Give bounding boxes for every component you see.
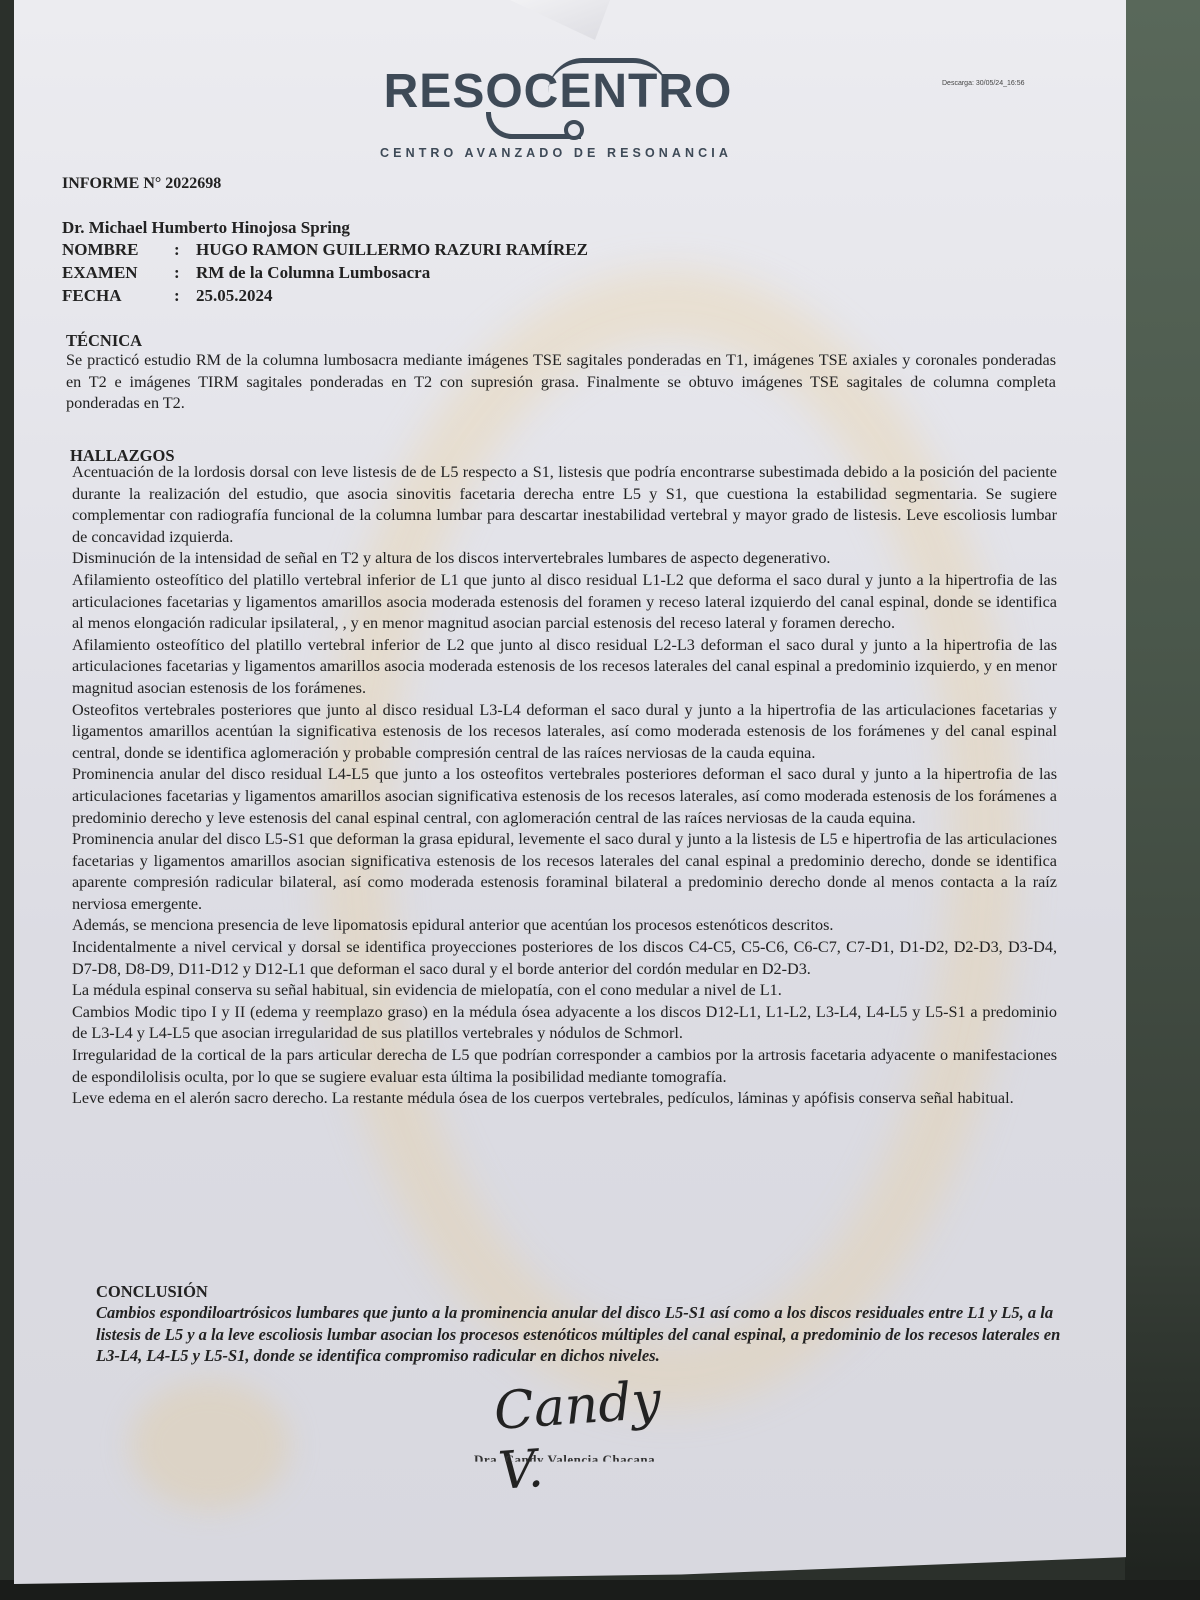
field-label: NOMBRE: [62, 240, 174, 260]
field-colon: :: [174, 286, 196, 306]
field-colon: :: [174, 263, 196, 283]
finding-7: Prominencia anular del disco L5-S1 que d…: [72, 829, 1057, 915]
field-nombre: NOMBRE:HUGO RAMON GUILLERMO RAZURI RAMÍR…: [62, 240, 588, 260]
clinic-logo: RESOCENTRO: [378, 68, 738, 158]
finding-9: Incidentalmente a nivel cervical y dorsa…: [72, 937, 1057, 980]
tecnica-heading: TÉCNICA: [66, 331, 142, 351]
field-fecha: FECHA:25.05.2024: [62, 286, 273, 306]
report-number: INFORME N° 2022698: [62, 175, 221, 193]
referring-doctor: Dr. Michael Humberto Hinojosa Spring: [62, 218, 350, 238]
logo-swoosh-icon: [548, 58, 668, 93]
finding-10: La médula espinal conserva su señal habi…: [72, 980, 1057, 1002]
background-table: [0, 1580, 1200, 1600]
download-stamp: Descarga: 30/05/24_16:56: [942, 80, 1025, 87]
logo-subtitle: CENTRO AVANZADO DE RESONANCIA: [380, 146, 742, 160]
field-examen: EXAMEN:RM de la Columna Lumbosacra: [62, 263, 430, 283]
finding-13: Leve edema en el alerón sacro derecho. L…: [72, 1088, 1057, 1110]
paper-stain: [130, 1380, 290, 1510]
patient-name: HUGO RAMON GUILLERMO RAZURI RAMÍREZ: [196, 240, 588, 259]
finding-12: Irregularidad de la cortical de la pars …: [72, 1045, 1057, 1088]
field-colon: :: [174, 240, 196, 260]
tecnica-paragraph: Se practicó estudio RM de la columna lum…: [66, 350, 1056, 415]
finding-4: Afilamiento osteofítico del platillo ver…: [72, 635, 1057, 700]
conclusion-text: Cambios espondiloartrósicos lumbares que…: [96, 1302, 1066, 1367]
finding-11: Cambios Modic tipo I y II (edema y reemp…: [72, 1002, 1057, 1045]
finding-1: Acentuación de la lordosis dorsal con le…: [72, 462, 1057, 548]
exam-name: RM de la Columna Lumbosacra: [196, 263, 430, 282]
finding-8: Además, se menciona presencia de leve li…: [72, 915, 1057, 937]
background-wall: [1125, 0, 1200, 1600]
hallazgos-text: Acentuación de la lordosis dorsal con le…: [72, 462, 1057, 1110]
conclusion-heading: CONCLUSIÓN: [96, 1282, 208, 1302]
field-label: FECHA: [62, 286, 174, 306]
tecnica-text: Se practicó estudio RM de la columna lum…: [66, 350, 1056, 415]
finding-2: Disminución de la intensidad de señal en…: [72, 548, 1057, 570]
logo-ring-icon: [564, 120, 584, 140]
finding-5: Osteofitos vertebrales posteriores que j…: [72, 700, 1057, 765]
finding-3: Afilamiento osteofítico del platillo ver…: [72, 570, 1057, 635]
finding-6: Prominencia anular del disco residual L4…: [72, 764, 1057, 829]
field-label: EXAMEN: [62, 263, 174, 283]
exam-date: 25.05.2024: [196, 286, 273, 305]
